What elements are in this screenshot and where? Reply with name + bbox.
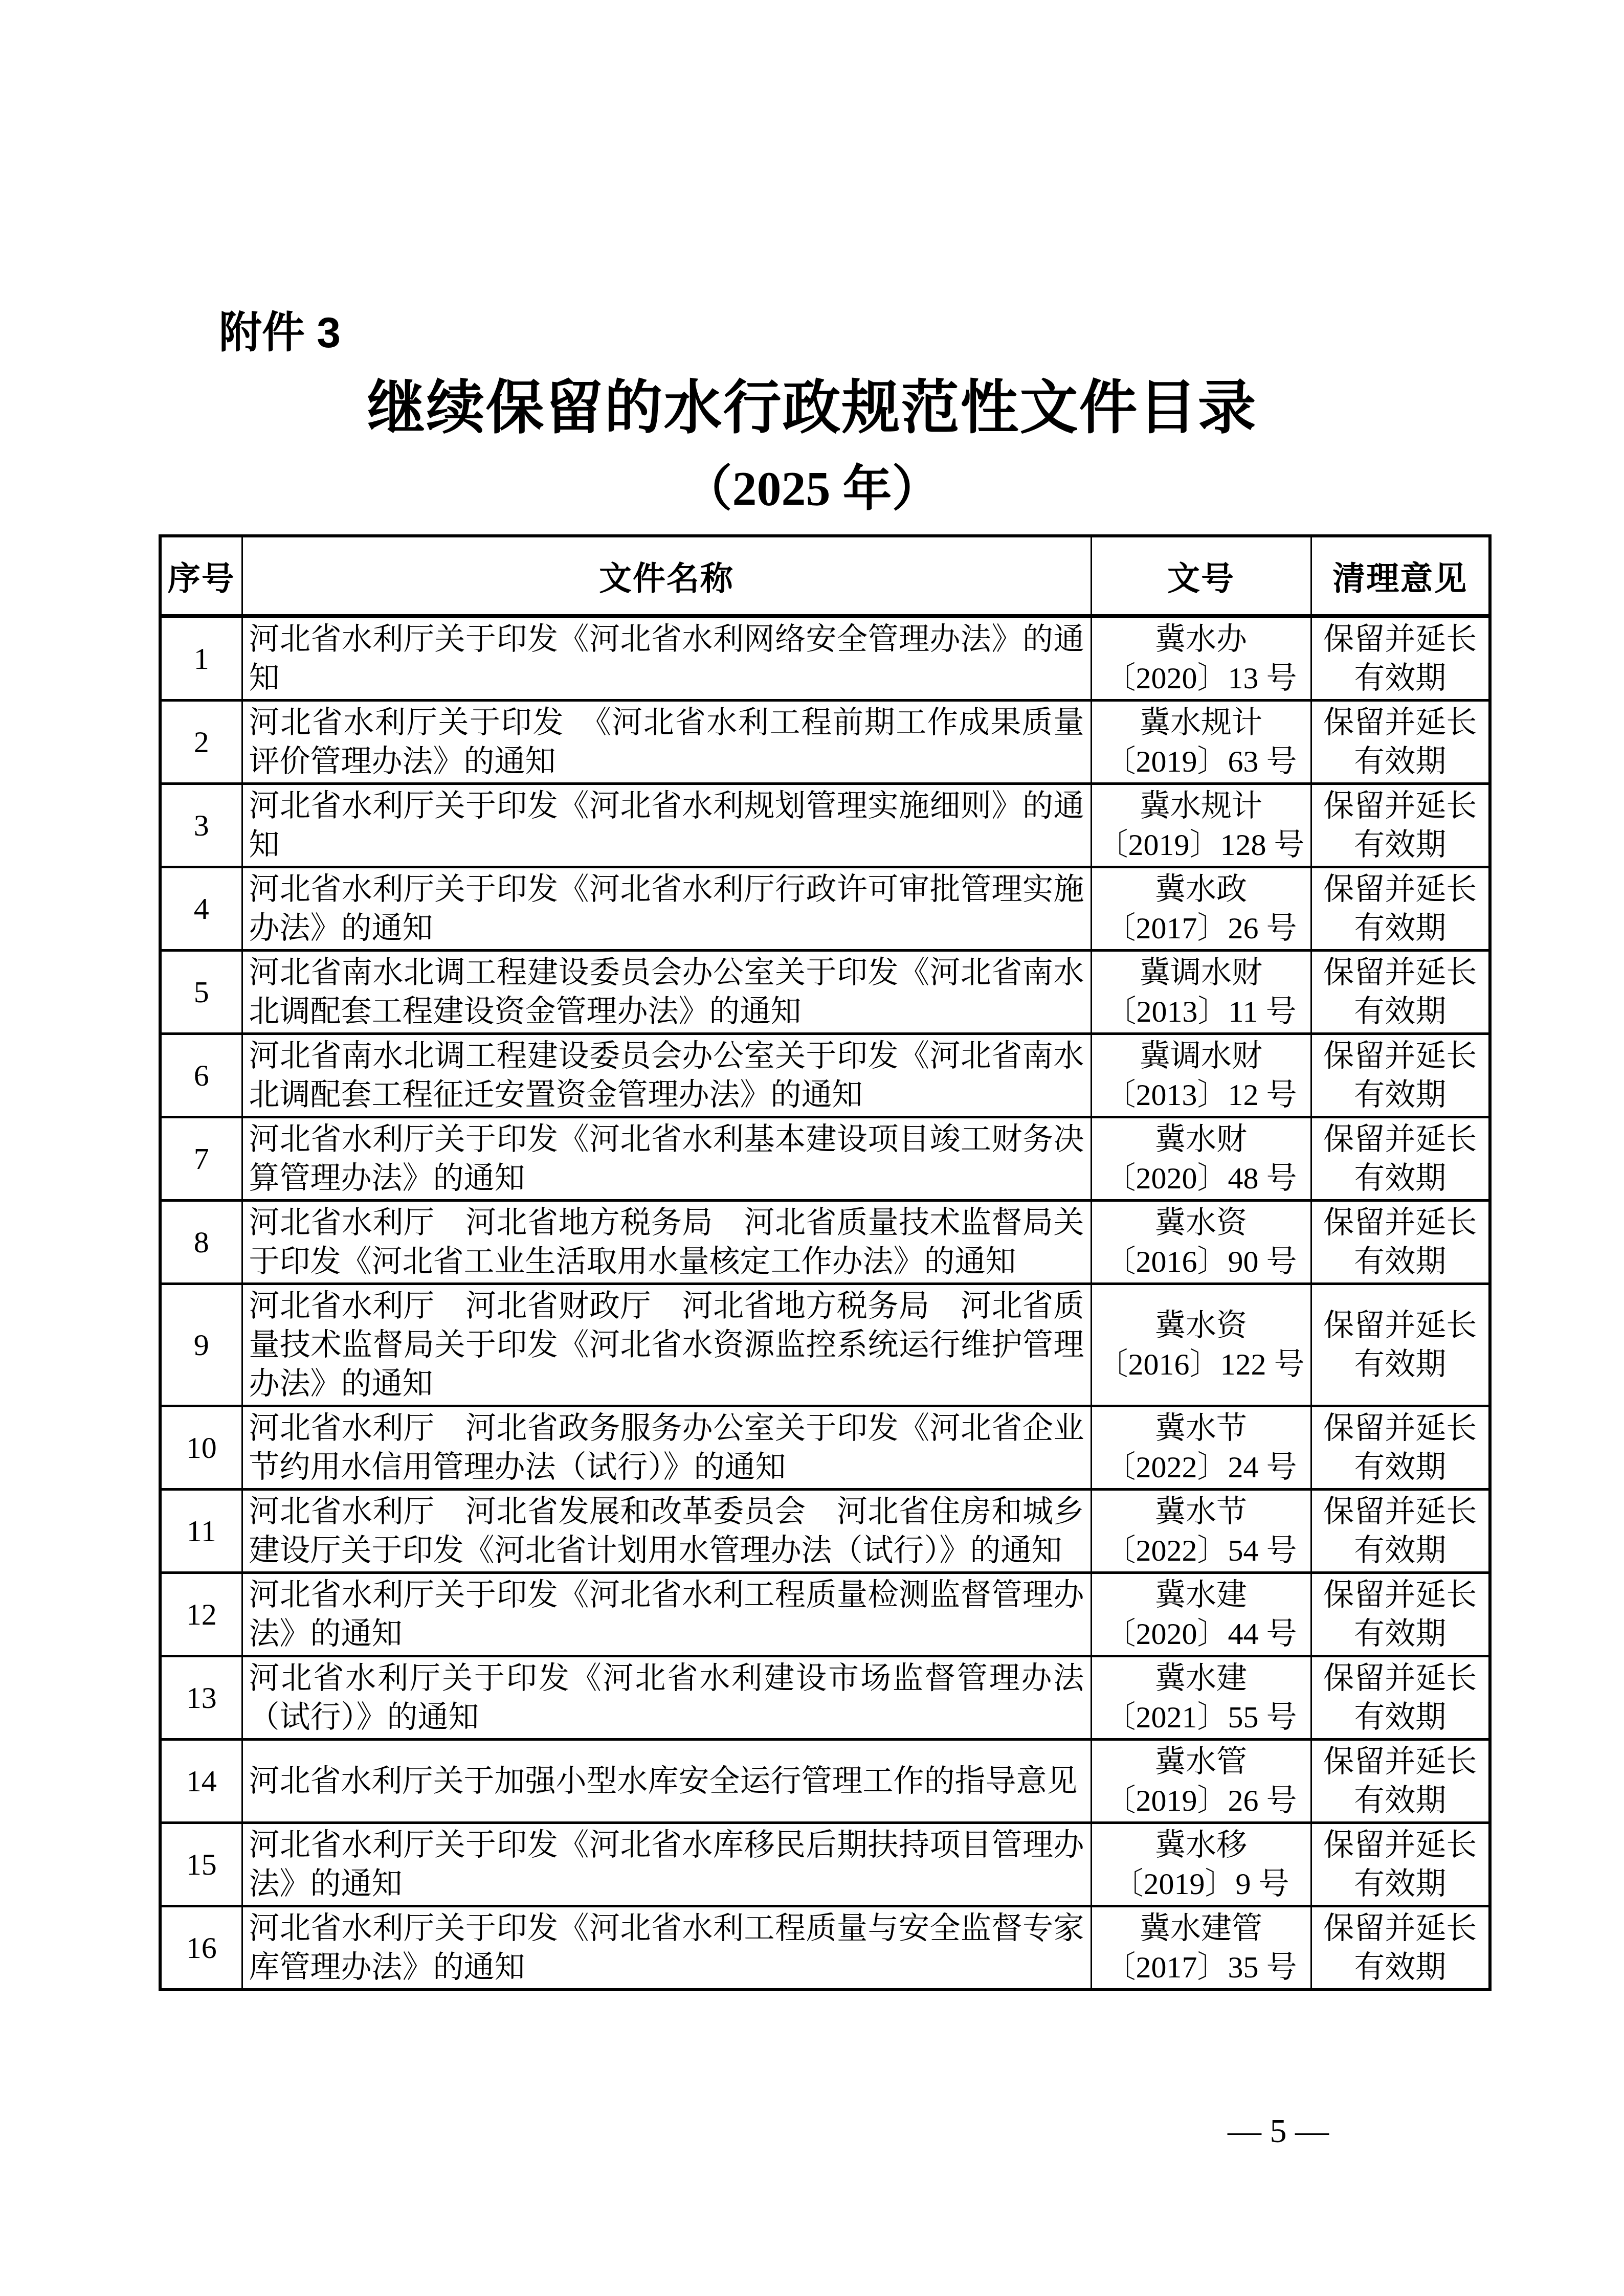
row-index-cell: 5 [160, 951, 242, 1034]
table-header-row: 序号 文件名称 文号 清理意见 [160, 536, 1490, 616]
cleanup-opinion-line1: 保留并延长 [1323, 872, 1477, 906]
cleanup-opinion-line2: 有效期 [1354, 1450, 1446, 1484]
row-index-cell: 7 [160, 1117, 242, 1201]
table-row: 14 河北省水利厅关于加强小型水库安全运行管理工作的指导意见 冀水管〔2019〕… [160, 1740, 1490, 1823]
document-number-line2: 〔2017〕35 号 [1105, 1950, 1297, 1984]
document-number-line1: 冀水规计 [1140, 706, 1262, 739]
document-number-line1: 冀水建 [1155, 1578, 1247, 1612]
table-row: 15 河北省水利厅关于印发《河北省水库移民后期扶持项目管理办法》的通知 冀水移〔… [160, 1823, 1490, 1906]
document-name-cell: 河北省水利厅关于加强小型水库安全运行管理工作的指导意见 [242, 1740, 1091, 1823]
cleanup-opinion-cell: 保留并延长有效期 [1311, 1201, 1490, 1284]
table-row: 13 河北省水利厅关于印发《河北省水利建设市场监督管理办法（试行）》的通知 冀水… [160, 1656, 1490, 1740]
cleanup-opinion-cell: 保留并延长有效期 [1311, 1406, 1490, 1490]
cleanup-opinion-line2: 有效期 [1354, 1867, 1446, 1901]
document-name-cell: 河北省水利厅 河北省财政厅 河北省地方税务局 河北省质量技术监督局关于印发《河北… [242, 1284, 1091, 1406]
cleanup-opinion-cell: 保留并延长有效期 [1311, 1490, 1490, 1573]
table-row: 12 河北省水利厅关于印发《河北省水利工程质量检测监督管理办法》的通知 冀水建〔… [160, 1573, 1490, 1656]
document-number-line1: 冀水管 [1155, 1745, 1247, 1779]
document-number-line1: 冀水建管 [1140, 1911, 1262, 1945]
table-header: 序号 文件名称 文号 清理意见 [160, 536, 1490, 616]
document-number-line1: 冀水移 [1155, 1828, 1247, 1862]
document-number-cell: 冀水政〔2017〕26 号 [1091, 867, 1311, 951]
document-number-line2: 〔2020〕48 号 [1105, 1161, 1297, 1195]
table-row: 11 河北省水利厅 河北省发展和改革委员会 河北省住房和城乡建设厅关于印发《河北… [160, 1490, 1490, 1573]
cleanup-opinion-line2: 有效期 [1354, 828, 1446, 862]
cleanup-opinion-line1: 保留并延长 [1323, 1661, 1477, 1695]
cleanup-opinion-line2: 有效期 [1354, 745, 1446, 778]
document-number-cell: 冀水建管〔2017〕35 号 [1091, 1906, 1311, 1990]
table-row: 7 河北省水利厅关于印发《河北省水利基本建设项目竣工财务决算管理办法》的通知 冀… [160, 1117, 1490, 1201]
document-name-cell: 河北省水利厅关于印发《河北省水利基本建设项目竣工财务决算管理办法》的通知 [242, 1117, 1091, 1201]
document-number-line1: 冀水政 [1155, 872, 1247, 906]
document-number-line1: 冀水资 [1155, 1309, 1247, 1342]
document-number-line1: 冀水规计 [1140, 789, 1262, 823]
document-name-cell: 河北省水利厅 河北省发展和改革委员会 河北省住房和城乡建设厅关于印发《河北省计划… [242, 1490, 1091, 1573]
document-name-cell: 河北省水利厅关于印发《河北省水利建设市场监督管理办法（试行）》的通知 [242, 1656, 1091, 1740]
document-number-cell: 冀水办〔2020〕13 号 [1091, 616, 1311, 701]
document-number-cell: 冀水移〔2019〕9 号 [1091, 1823, 1311, 1906]
document-number-line1: 冀水资 [1155, 1206, 1247, 1240]
cleanup-opinion-line1: 保留并延长 [1323, 1578, 1477, 1612]
cleanup-opinion-line2: 有效期 [1354, 1078, 1446, 1112]
column-header-name: 文件名称 [242, 536, 1091, 616]
document-name-cell: 河北省水利厅关于印发 《河北省水利工程前期工作成果质量评价管理办法》的通知 [242, 701, 1091, 784]
cleanup-opinion-line1: 保留并延长 [1323, 1206, 1477, 1240]
row-index-cell: 12 [160, 1573, 242, 1656]
cleanup-opinion-line1: 保留并延长 [1323, 1411, 1477, 1445]
table-row: 16 河北省水利厅关于印发《河北省水利工程质量与安全监督专家库管理办法》的通知 … [160, 1906, 1490, 1990]
row-index-cell: 6 [160, 1034, 242, 1117]
cleanup-opinion-line1: 保留并延长 [1323, 1309, 1477, 1342]
row-index-cell: 14 [160, 1740, 242, 1823]
document-number-line1: 冀水建 [1155, 1661, 1247, 1695]
row-index-cell: 13 [160, 1656, 242, 1740]
document-number-line2: 〔2019〕63 号 [1105, 745, 1297, 778]
cleanup-opinion-cell: 保留并延长有效期 [1311, 701, 1490, 784]
column-header-number: 文号 [1091, 536, 1311, 616]
table-row: 1 河北省水利厅关于印发《河北省水利网络安全管理办法》的通知 冀水办〔2020〕… [160, 616, 1490, 701]
row-index-cell: 15 [160, 1823, 242, 1906]
cleanup-opinion-line1: 保留并延长 [1323, 1828, 1477, 1862]
document-name-cell: 河北省水利厅 河北省政务服务办公室关于印发《河北省企业节约用水信用管理办法（试行… [242, 1406, 1091, 1490]
document-number-line2: 〔2013〕12 号 [1105, 1078, 1297, 1112]
document-name-cell: 河北省水利厅关于印发《河北省水利厅行政许可审批管理实施办法》的通知 [242, 867, 1091, 951]
table-row: 2 河北省水利厅关于印发 《河北省水利工程前期工作成果质量评价管理办法》的通知 … [160, 701, 1490, 784]
row-index-cell: 2 [160, 701, 242, 784]
document-number-line2: 〔2019〕9 号 [1113, 1867, 1289, 1901]
row-index-cell: 1 [160, 616, 242, 701]
cleanup-opinion-cell: 保留并延长有效期 [1311, 784, 1490, 867]
document-number-line2: 〔2021〕55 号 [1105, 1700, 1297, 1734]
cleanup-opinion-line1: 保留并延长 [1323, 1745, 1477, 1779]
cleanup-opinion-cell: 保留并延长有效期 [1311, 1034, 1490, 1117]
document-name-cell: 河北省水利厅关于印发《河北省水利规划管理实施细则》的通知 [242, 784, 1091, 867]
document-number-line1: 冀调水财 [1140, 956, 1262, 989]
cleanup-opinion-line1: 保留并延长 [1323, 956, 1477, 989]
cleanup-opinion-line2: 有效期 [1354, 911, 1446, 945]
cleanup-opinion-line2: 有效期 [1354, 1950, 1446, 1984]
table-row: 6 河北省南水北调工程建设委员会办公室关于印发《河北省南水北调配套工程征迁安置资… [160, 1034, 1490, 1117]
cleanup-opinion-line2: 有效期 [1354, 661, 1446, 695]
document-number-line2: 〔2019〕128 号 [1098, 828, 1305, 862]
cleanup-opinion-cell: 保留并延长有效期 [1311, 1284, 1490, 1406]
cleanup-opinion-cell: 保留并延长有效期 [1311, 1573, 1490, 1656]
cleanup-opinion-line1: 保留并延长 [1323, 1122, 1477, 1156]
column-header-opinion: 清理意见 [1311, 536, 1490, 616]
document-number-line2: 〔2022〕24 号 [1105, 1450, 1297, 1484]
cleanup-opinion-line1: 保留并延长 [1323, 1495, 1477, 1528]
cleanup-opinion-line1: 保留并延长 [1323, 1039, 1477, 1073]
cleanup-opinion-cell: 保留并延长有效期 [1311, 1823, 1490, 1906]
cleanup-opinion-line1: 保留并延长 [1323, 1911, 1477, 1945]
table-body: 1 河北省水利厅关于印发《河北省水利网络安全管理办法》的通知 冀水办〔2020〕… [160, 616, 1490, 1990]
document-name-cell: 河北省水利厅关于印发《河北省水利工程质量检测监督管理办法》的通知 [242, 1573, 1091, 1656]
table-row: 8 河北省水利厅 河北省地方税务局 河北省质量技术监督局关于印发《河北省工业生活… [160, 1201, 1490, 1284]
cleanup-opinion-line2: 有效期 [1354, 1617, 1446, 1651]
cleanup-opinion-cell: 保留并延长有效期 [1311, 1656, 1490, 1740]
document-subtitle: （2025 年） [0, 458, 1624, 520]
document-number-cell: 冀水规计〔2019〕63 号 [1091, 701, 1311, 784]
document-number-cell: 冀水财〔2020〕48 号 [1091, 1117, 1311, 1201]
row-index-cell: 4 [160, 867, 242, 951]
document-number-cell: 冀水节〔2022〕54 号 [1091, 1490, 1311, 1573]
cleanup-opinion-cell: 保留并延长有效期 [1311, 951, 1490, 1034]
cleanup-opinion-line2: 有效期 [1354, 1347, 1446, 1381]
document-number-cell: 冀水建〔2021〕55 号 [1091, 1656, 1311, 1740]
row-index-cell: 16 [160, 1906, 242, 1990]
document-number-cell: 冀水节〔2022〕24 号 [1091, 1406, 1311, 1490]
table-row: 3 河北省水利厅关于印发《河北省水利规划管理实施细则》的通知 冀水规计〔2019… [160, 784, 1490, 867]
cleanup-opinion-cell: 保留并延长有效期 [1311, 1906, 1490, 1990]
document-number-cell: 冀水建〔2020〕44 号 [1091, 1573, 1311, 1656]
document-number-line1: 冀水节 [1155, 1411, 1247, 1445]
cleanup-opinion-line2: 有效期 [1354, 995, 1446, 1028]
documents-table: 序号 文件名称 文号 清理意见 1 河北省水利厅关于印发《河北省水利网络安全管理… [159, 534, 1492, 1991]
row-index-cell: 3 [160, 784, 242, 867]
table-row: 10 河北省水利厅 河北省政务服务办公室关于印发《河北省企业节约用水信用管理办法… [160, 1406, 1490, 1490]
cleanup-opinion-cell: 保留并延长有效期 [1311, 616, 1490, 701]
document-number-line1: 冀水财 [1155, 1122, 1247, 1156]
document-number-cell: 冀调水财〔2013〕11 号 [1091, 951, 1311, 1034]
cleanup-opinion-line1: 保留并延长 [1323, 789, 1477, 823]
table-row: 9 河北省水利厅 河北省财政厅 河北省地方税务局 河北省质量技术监督局关于印发《… [160, 1284, 1490, 1406]
document-number-cell: 冀水资〔2016〕90 号 [1091, 1201, 1311, 1284]
cleanup-opinion-cell: 保留并延长有效期 [1311, 1740, 1490, 1823]
page-number: — 5 — [1228, 2111, 1329, 2152]
document-name-cell: 河北省水利厅关于印发《河北省水利网络安全管理办法》的通知 [242, 616, 1091, 701]
document-name-cell: 河北省水利厅关于印发《河北省水库移民后期扶持项目管理办法》的通知 [242, 1823, 1091, 1906]
document-name-cell: 河北省水利厅关于印发《河北省水利工程质量与安全监督专家库管理办法》的通知 [242, 1906, 1091, 1990]
document-page: 附件 3 继续保留的水行政规范性文件目录 （2025 年） 序号 文件名称 文号… [0, 0, 1624, 2296]
cleanup-opinion-line2: 有效期 [1354, 1161, 1446, 1195]
row-index-cell: 9 [160, 1284, 242, 1406]
document-number-line2: 〔2017〕26 号 [1105, 911, 1297, 945]
cleanup-opinion-line2: 有效期 [1354, 1784, 1446, 1817]
document-number-line2: 〔2020〕13 号 [1105, 661, 1297, 695]
document-number-line2: 〔2022〕54 号 [1105, 1534, 1297, 1567]
document-number-line1: 冀水办 [1155, 622, 1247, 656]
document-number-cell: 冀水规计〔2019〕128 号 [1091, 784, 1311, 867]
cleanup-opinion-line2: 有效期 [1354, 1700, 1446, 1734]
row-index-cell: 8 [160, 1201, 242, 1284]
table-row: 4 河北省水利厅关于印发《河北省水利厅行政许可审批管理实施办法》的通知 冀水政〔… [160, 867, 1490, 951]
cleanup-opinion-cell: 保留并延长有效期 [1311, 867, 1490, 951]
document-title: 继续保留的水行政规范性文件目录 [0, 372, 1624, 444]
document-name-cell: 河北省南水北调工程建设委员会办公室关于印发《河北省南水北调配套工程建设资金管理办… [242, 951, 1091, 1034]
row-index-cell: 10 [160, 1406, 242, 1490]
document-name-cell: 河北省水利厅 河北省地方税务局 河北省质量技术监督局关于印发《河北省工业生活取用… [242, 1201, 1091, 1284]
document-name-cell: 河北省南水北调工程建设委员会办公室关于印发《河北省南水北调配套工程征迁安置资金管… [242, 1034, 1091, 1117]
row-index-cell: 11 [160, 1490, 242, 1573]
cleanup-opinion-line2: 有效期 [1354, 1534, 1446, 1567]
document-number-line2: 〔2020〕44 号 [1105, 1617, 1297, 1651]
document-number-cell: 冀调水财〔2013〕12 号 [1091, 1034, 1311, 1117]
document-number-cell: 冀水资〔2016〕122 号 [1091, 1284, 1311, 1406]
cleanup-opinion-cell: 保留并延长有效期 [1311, 1117, 1490, 1201]
cleanup-opinion-line1: 保留并延长 [1323, 622, 1477, 656]
document-number-line1: 冀水节 [1155, 1495, 1247, 1528]
column-header-index: 序号 [160, 536, 242, 616]
table-row: 5 河北省南水北调工程建设委员会办公室关于印发《河北省南水北调配套工程建设资金管… [160, 951, 1490, 1034]
document-number-line2: 〔2016〕90 号 [1105, 1245, 1297, 1278]
attachment-label: 附件 3 [219, 307, 341, 358]
document-number-line1: 冀调水财 [1140, 1039, 1262, 1073]
document-number-cell: 冀水管〔2019〕26 号 [1091, 1740, 1311, 1823]
document-number-line2: 〔2019〕26 号 [1105, 1784, 1297, 1817]
document-number-line2: 〔2013〕11 号 [1106, 995, 1297, 1028]
document-number-line2: 〔2016〕122 号 [1098, 1347, 1305, 1381]
cleanup-opinion-line2: 有效期 [1354, 1245, 1446, 1278]
cleanup-opinion-line1: 保留并延长 [1323, 706, 1477, 739]
